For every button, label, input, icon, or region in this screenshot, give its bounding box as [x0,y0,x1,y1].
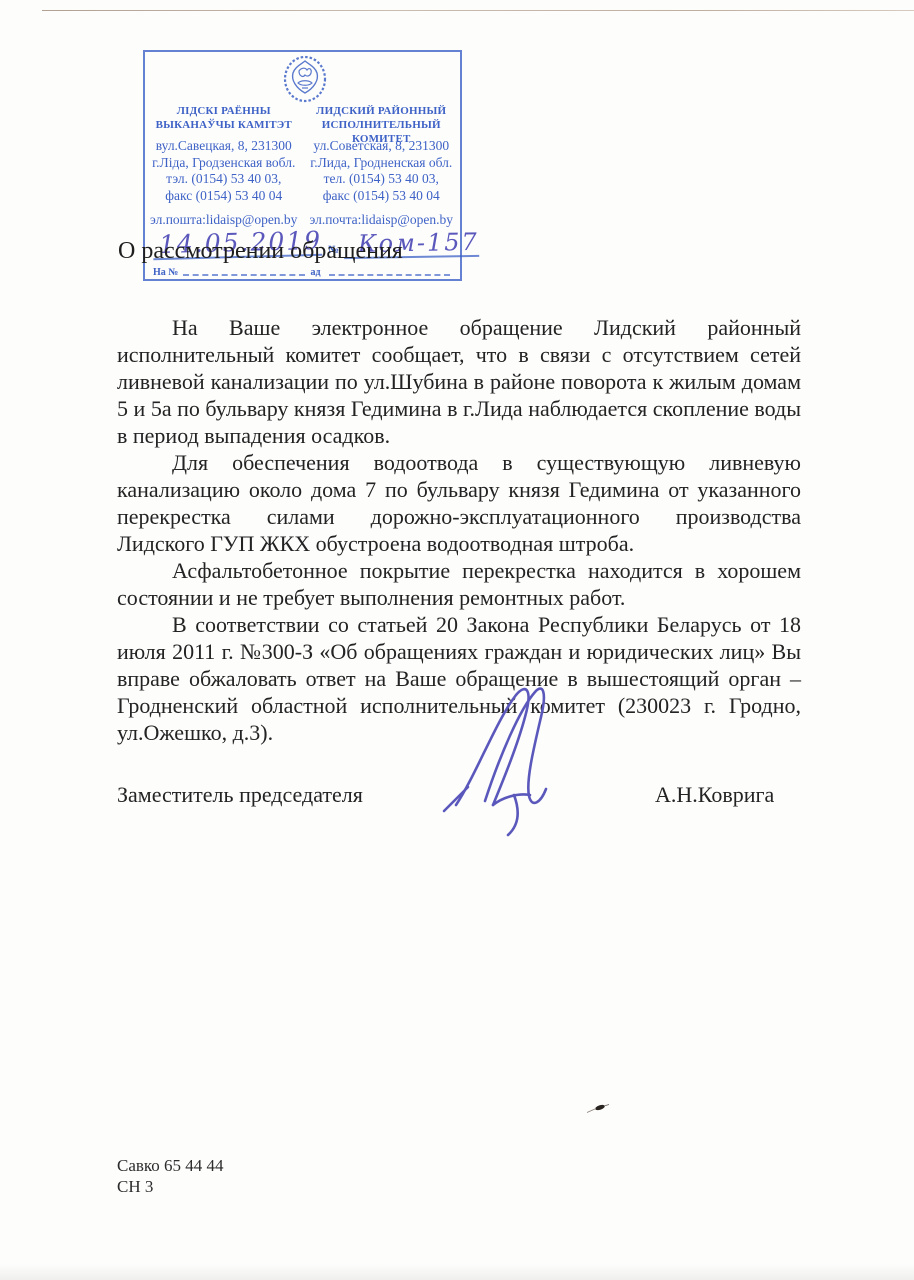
paragraph: На Ваше электронное обращение Лидский ра… [117,314,801,449]
scan-edge-line [42,10,914,11]
ink-blot-mark [586,1104,610,1113]
ref-from-blank-line [329,266,451,276]
email-belarusian: эл.пошта:lidaisp@open.by [145,212,303,228]
coat-of-arms-icon [282,55,328,103]
ref-number-label: На № [153,267,183,278]
address-belarusian: вул.Савецкая, 8, 231300 г.Ліда, Гродзенс… [145,138,303,204]
subject-line: О рассмотрении обращения [118,238,538,265]
letter-body: На Ваше электронное обращение Лидский ра… [117,314,801,746]
ref-number-blank-line [183,266,305,276]
signer-name: А.Н.Коврига [655,782,774,808]
executor-name-phone: Савко 65 44 44 [117,1155,224,1176]
executor-code: СН 3 [117,1176,224,1197]
stamp-reference-row: На № ад [153,264,456,278]
executor-footer: Савко 65 44 44 СН 3 [117,1155,224,1197]
signer-title: Заместитель председателя [117,782,363,808]
scan-bottom-shadow [0,1264,914,1280]
paragraph: Асфальтобетонное покрытие перекрестка на… [117,557,801,611]
ref-from-label: ад [311,267,329,278]
stamp-addresses: вул.Савецкая, 8, 231300 г.Ліда, Гродзенс… [145,138,460,204]
address-russian: ул.Советская, 8, 231300 г.Лида, Гродненс… [303,138,461,204]
paragraph: Для обеспечения водоотвода в существующу… [117,449,801,557]
email-russian: эл.почта:lidaisp@open.by [303,212,461,228]
handwritten-signature [438,683,573,838]
